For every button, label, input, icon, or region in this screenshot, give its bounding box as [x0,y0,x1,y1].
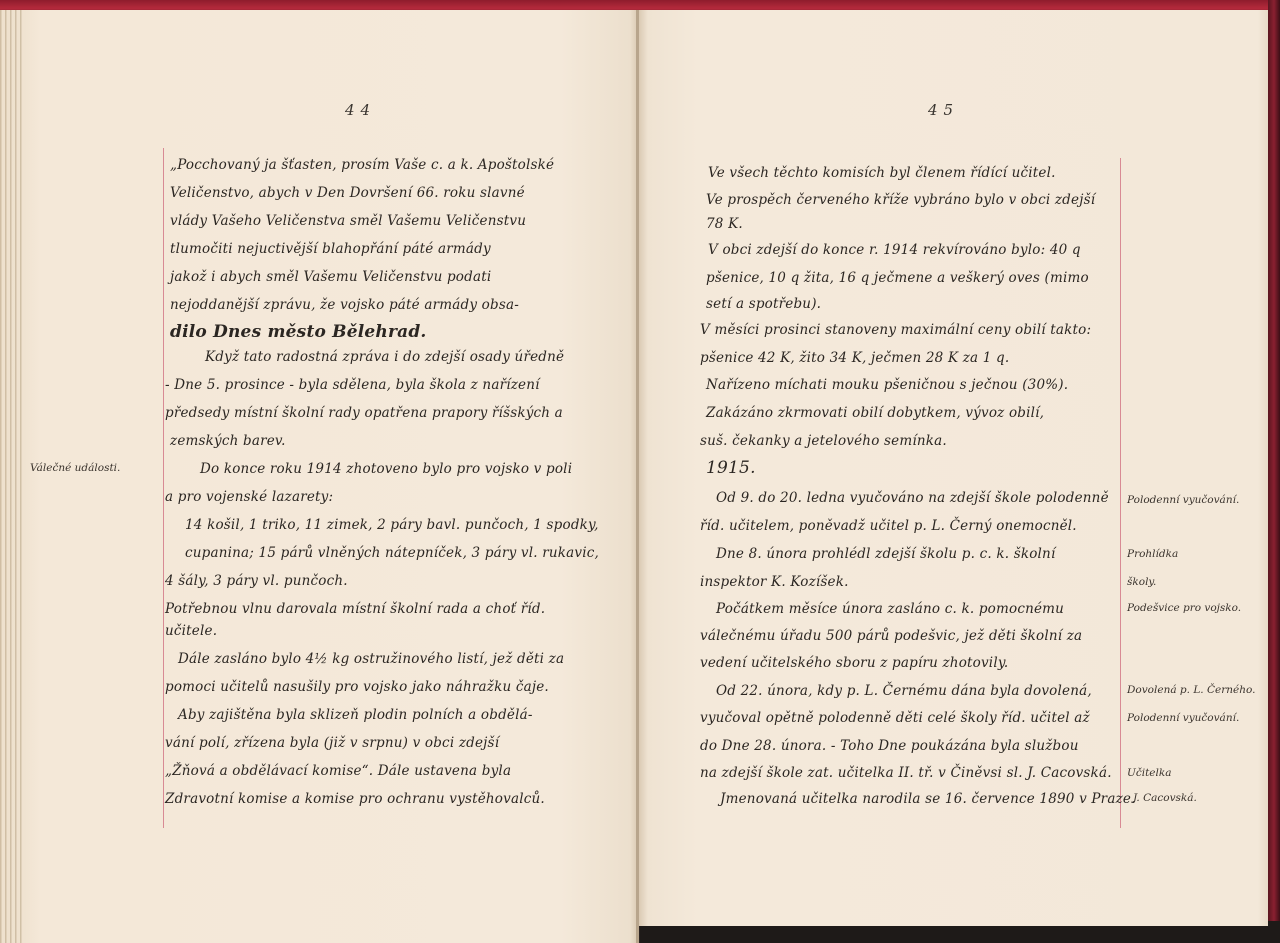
margin-note: školy. [1127,576,1156,588]
text-line: zemských barev. [170,433,286,449]
text-line: 4 šály, 3 páry vl. punčoch. [165,573,348,589]
text-line: V měsíci prosinci stanoveny maximální ce… [700,322,1091,338]
text-line: Dne 8. února prohlédl zdejší školu p. c.… [716,546,1055,562]
margin-note-war-events: Válečné události. [30,462,120,474]
text-line: Počátkem měsíce února zasláno c. k. pomo… [716,601,1064,617]
text-line: pšenice, 10 q žita, 16 q ječmene a veške… [706,270,1089,286]
text-line: vyučoval opětně polodenně děti celé škol… [700,710,1090,726]
text-line: pomoci učitelů nasušily pro vojsko jako … [165,679,549,695]
text-line: vedení učitelského sboru z papíru zhotov… [700,655,1008,671]
text-line: Jmenovaná učitelka narodila se 16. červe… [720,791,1136,807]
text-line: Zakázáno zkrmovati obilí dobytkem, vývoz… [706,405,1044,421]
text-line: Aby zajištěna byla sklizeň plodin polníc… [178,707,533,723]
margin-note: J. Cacovská. [1133,792,1197,804]
text-line: říd. učitelem, poněvadž učitel p. L. Čer… [700,518,1077,534]
text-line: pšenice 42 K, žito 34 K, ječmen 28 K za … [700,350,1009,366]
text-line: „Žňová a obdělávací komise“. Dále ustave… [165,763,511,779]
text-line: nejoddanější zprávu, že vojsko páté armá… [170,297,519,313]
left-margin-rule [163,148,164,828]
page-number-right: 45 [928,101,959,119]
book-spine-gutter [636,10,639,943]
margin-note: Učitelka [1127,767,1172,779]
text-line: - Dne 5. prosince - byla sdělena, byla š… [165,377,540,393]
text-line: Když tato radostná zpráva i do zdejší os… [205,349,564,365]
text-line: V obci zdejší do konce r. 1914 rekvírová… [708,242,1081,258]
right-margin-rule [1120,158,1121,828]
text-line: inspektor K. Kozíšek. [700,574,849,590]
text-line: Nařízeno míchati mouku pšeničnou s ječno… [706,377,1068,393]
margin-note: Prohlídka [1127,548,1178,560]
text-line: Ve prospěch červeného kříže vybráno bylo… [706,192,1095,208]
text-line: Ve všech těchto komisích byl členem řídí… [708,165,1056,181]
text-line: Potřebnou vlnu darovala místní školní ra… [165,601,545,617]
text-line: 78 K. [706,216,743,232]
text-line: vání polí, zřízena byla (již v srpnu) v … [165,735,499,751]
text-line: do Dne 28. února. - Toho Dne poukázána b… [700,738,1079,754]
text-line: válečnému úřadu 500 párů podešvic, jež d… [700,628,1082,644]
text-line: Od 22. února, kdy p. L. Černému dána byl… [716,683,1092,699]
text-line: Od 9. do 20. ledna vyučováno na zdejší š… [716,490,1109,506]
text-line: „Pocchovaný ja šťasten, prosím Vaše c. a… [170,157,554,173]
text-line: cupanina; 15 párů vlněných nátepníček, 3… [185,545,599,561]
margin-note: Dovolená p. L. Černého. [1127,684,1255,696]
page-number-left: 44 [345,101,376,119]
text-line: učitele. [165,623,217,639]
text-line: a pro vojenské lazarety: [165,489,333,505]
text-line: tlumočiti nejuctivější blahopřání páté a… [170,241,491,257]
book-cover-right-edge [1268,0,1280,943]
text-line: dilo Dnes město Bělehrad. [170,322,427,342]
text-line: vlády Vašeho Veličenstva směl Vašemu Vel… [170,213,526,229]
text-line: setí a spotřebu). [706,296,821,312]
text-line: Do konce roku 1914 zhotoveno bylo pro vo… [200,461,572,477]
text-line: Dále zasláno bylo 4½ kg ostružinového li… [178,651,564,667]
margin-note: Polodenní vyučování. [1127,712,1239,724]
text-line: na zdejší škole zat. učitelka II. tř. v … [700,765,1112,781]
margin-note: Podešvice pro vojsko. [1127,602,1241,614]
text-line: suš. čekanky a jetelového semínka. [700,433,947,449]
text-line: 14 košil, 1 triko, 11 zimek, 2 páry bavl… [185,517,599,533]
margin-note: Polodenní vyučování. [1127,494,1239,506]
page-stack-edges [0,10,22,943]
text-line: Zdravotní komise a komise pro ochranu vy… [165,791,545,807]
text-line: předsedy místní školní rady opatřena pra… [165,405,563,421]
year-heading: 1915. [706,458,756,478]
text-line: Veličenstvo, abych v Den Dovršení 66. ro… [170,185,525,201]
text-line: jakož i abych směl Vašemu Veličenstvu po… [170,269,491,285]
